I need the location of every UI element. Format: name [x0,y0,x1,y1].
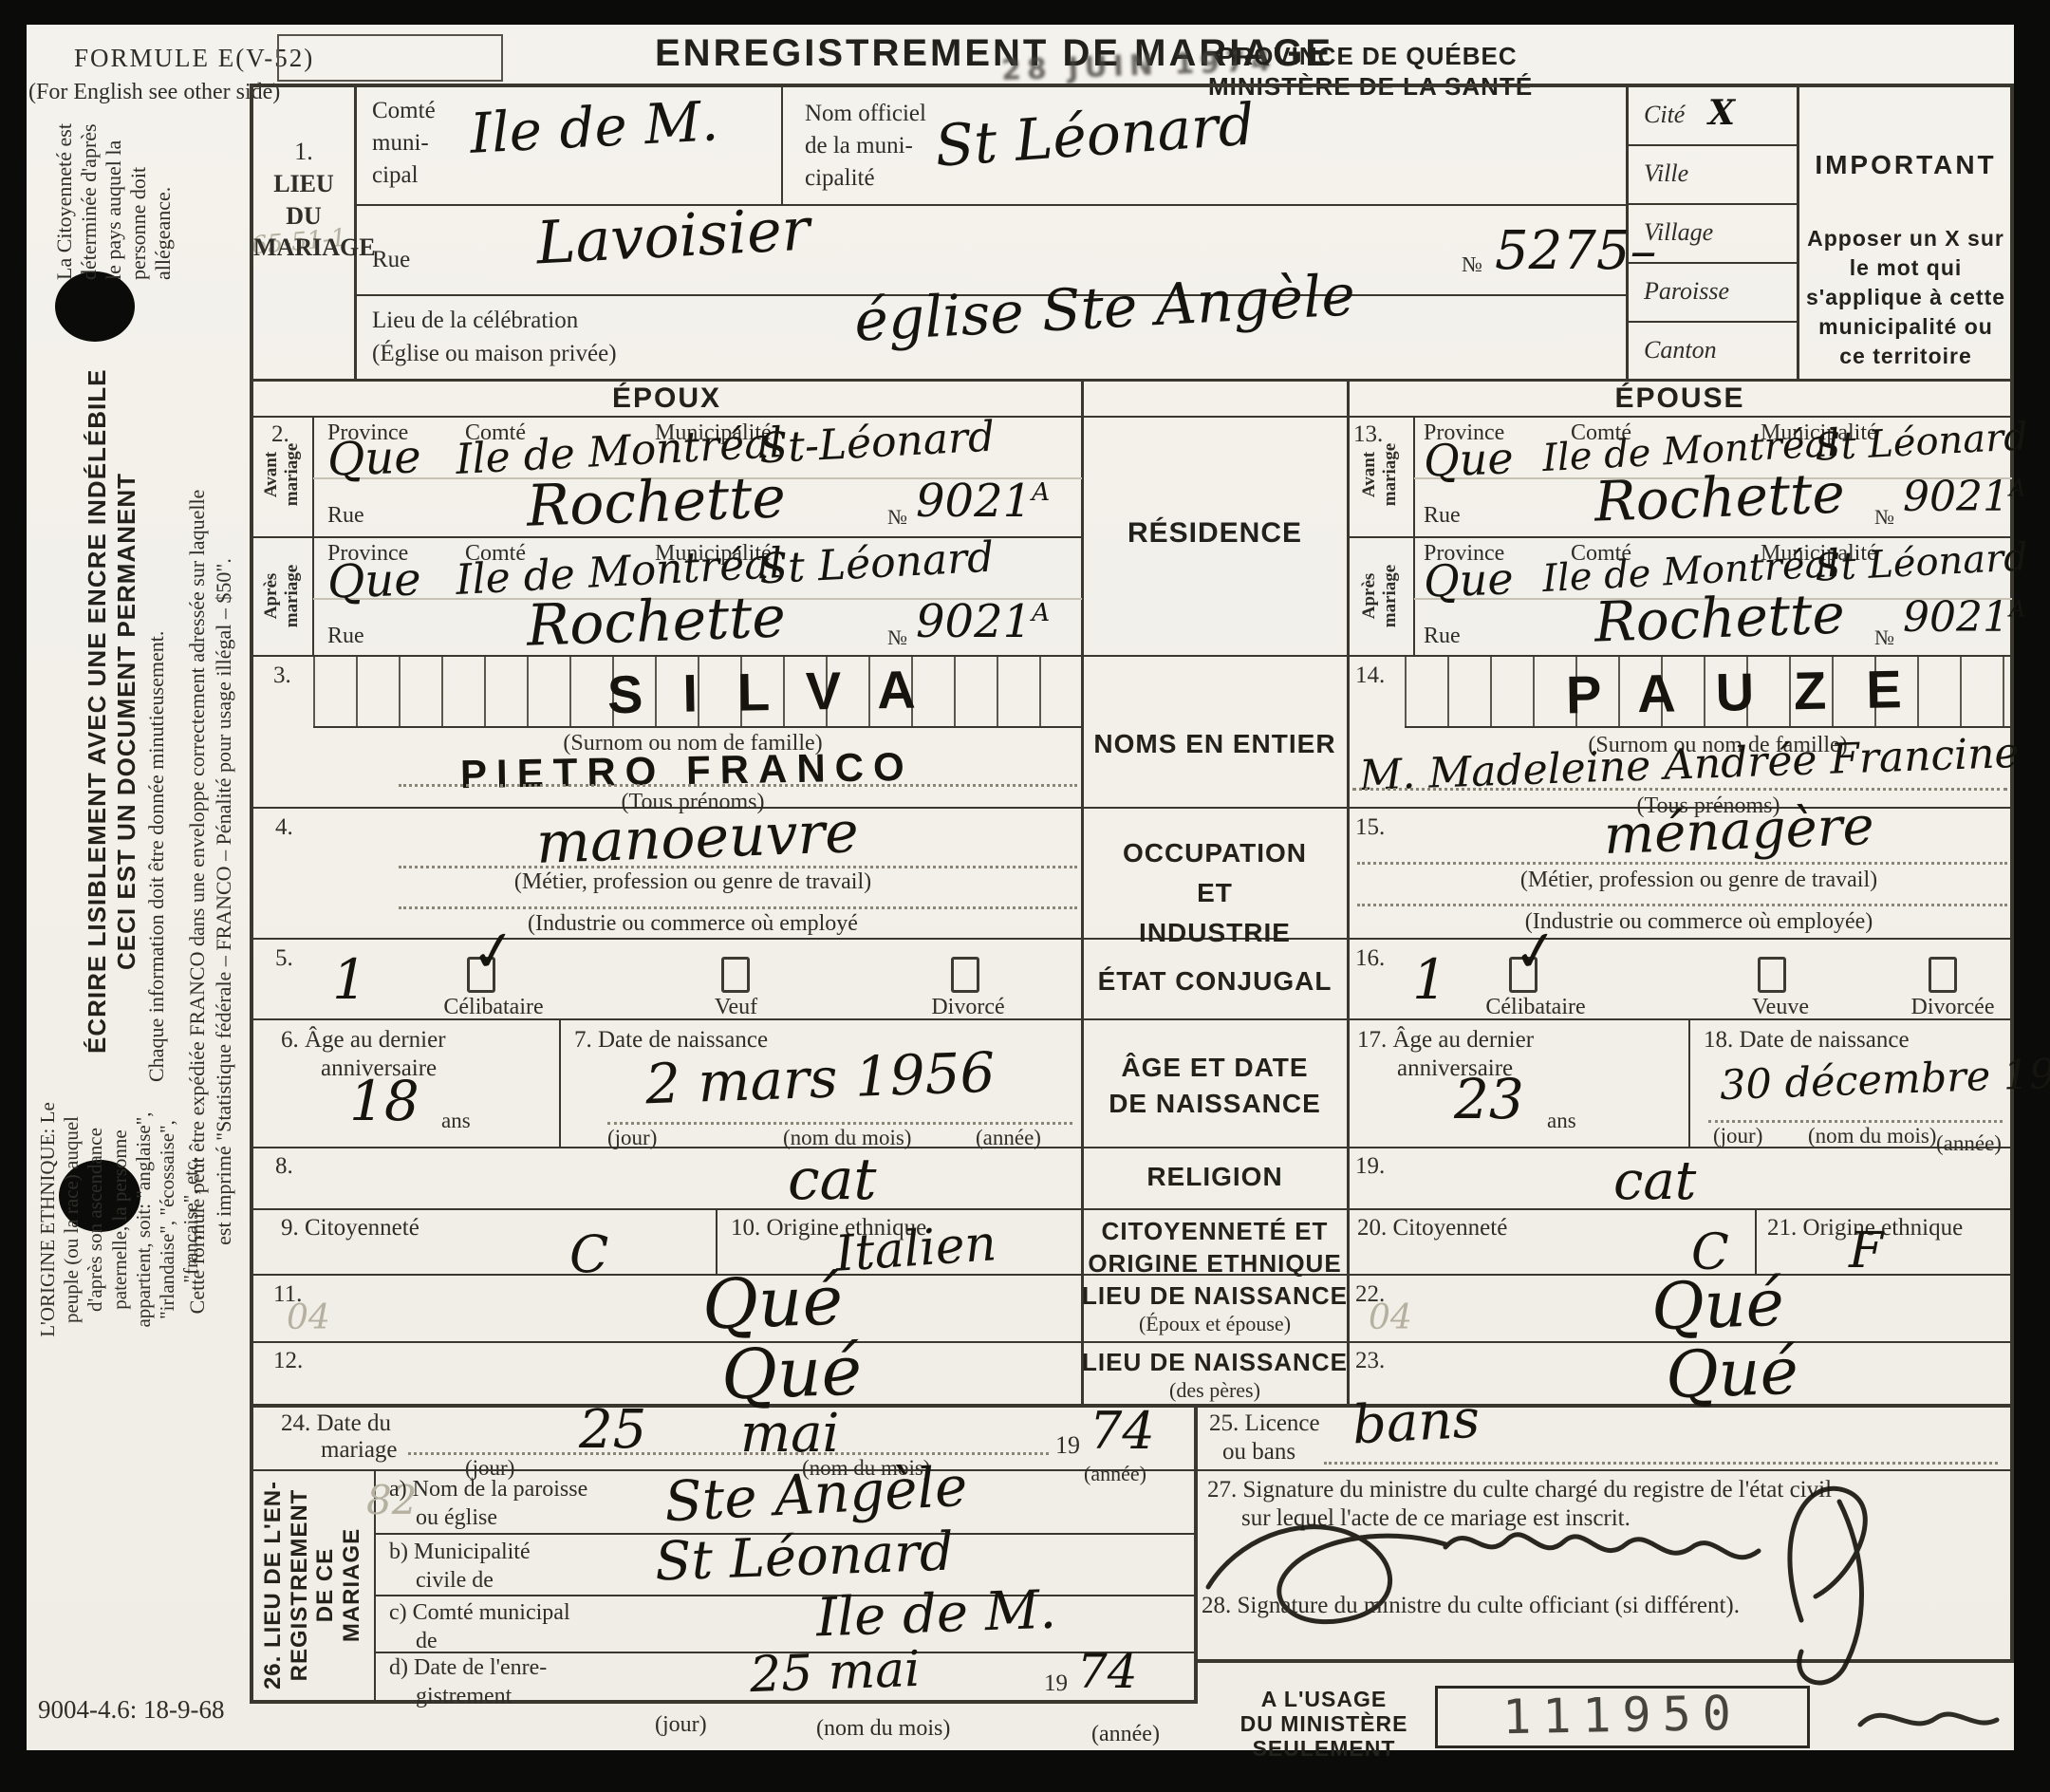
bride-avant-rue: Rochette [1593,460,1846,533]
label-line: mariage [282,432,303,517]
occupation-label: OCCUPATION ET INDUSTRIE [1084,833,1346,953]
groom-birthplace-pencil: 04 [287,1298,330,1337]
annee-label: (année) [976,1126,1041,1150]
comte-municipal-value: Ile de M. [468,88,719,166]
note-line: peuple (ou la race) auquel [60,1092,84,1348]
registration-c-label: c) Comté municipal de [389,1598,570,1655]
note-line: L'ORIGINE ETHNIQUE: Le [36,1092,60,1348]
marriage-date-label-1: 24. Date du [281,1410,391,1437]
note-line: Chaque information doit être donnée minu… [144,551,169,1082]
age-birth-label: ÂGE ET DATE DE NAISSANCE [1084,1050,1346,1122]
groom-avant-province: Que [326,430,422,486]
registration-d-year-prefix: 19 [1044,1671,1068,1697]
bride-avant-label: Avant mariage [1359,432,1403,517]
label-line: Lieu de la célébration [372,304,617,337]
label-line: cipalité [805,162,926,195]
bride-surname: PAUZE [1565,658,1942,726]
groom-citizenship-title: 9. Citoyenneté [281,1215,419,1241]
header-empty-box [277,34,503,82]
annee-label: (année) [1936,1131,2002,1156]
groom-apres-province: Que [326,552,422,608]
section1-line: DU [253,200,354,233]
rue-value: Lavoisier [534,195,811,278]
note-line: appartient, soit: "anglaise", [132,1092,156,1348]
label-line: Avant [261,432,282,517]
label-line: 26. LIEU DE L'EN- [260,1471,287,1699]
marriage-date-label-2: mariage [321,1437,398,1464]
type-option-canton: Canton [1644,336,1717,364]
birthplace-fathers-label: LIEU DE NAISSANCE [1072,1348,1357,1377]
bride-age: 23 [1454,1067,1524,1131]
groom-age-title: 6. Âge au dernier [281,1027,446,1054]
marriage-year: 74 [1090,1401,1155,1461]
rue-label: Rue [372,247,410,273]
label-line: REGISTREMENT [287,1471,313,1699]
groom-marital-written: 1 [332,947,367,1012]
section1-title: 1. LIEU DU MARIAGE [253,136,354,264]
bride-apres-rue: Rochette [1593,581,1846,654]
bride-celibataire-label: Célibataire [1469,995,1602,1020]
label-line: Après [1359,553,1380,639]
label-line: c) Comté municipal [389,1598,570,1627]
groom-fathers-birthplace-number: 12. [273,1348,303,1374]
section1-number: 1. [253,136,354,168]
bride-age-title: 17. Âge au dernier [1357,1027,1534,1054]
label-line: MARIAGE [339,1471,365,1699]
birthplace-couple-label: LIEU DE NAISSANCE [1072,1281,1357,1311]
label-line: ORIGINE ETHNIQUE [1072,1248,1357,1280]
label-line: civile de [389,1566,531,1595]
type-option-village: Village [1644,218,1713,247]
groom-apres-rue: Rochette [526,584,787,659]
groom-avant-no-label: № [887,505,907,530]
bride-divorcee-label: Divorcée [1893,995,2012,1020]
registration-annee-label: (année) [1091,1722,1160,1747]
bride-occupation-number: 15. [1355,814,1385,841]
section1-line: MARIAGE [253,232,354,264]
groom-apres-label: Après mariage [261,553,305,639]
groom-ethnic: Italien [833,1215,998,1283]
bride-birthplace-pencil: 04 [1369,1298,1412,1337]
bride-avant-province: Que [1423,432,1514,486]
margin-note-each-info: Chaque information doit être donnée minu… [144,551,169,1082]
note-line: paternelle, la personne [108,1092,132,1348]
margin-note-write-legibly: ÉCRIRE LISIBLEMENT AVEC UNE ENCRE INDÉLÉ… [83,389,141,1054]
bride-birthplace: Qué [1650,1266,1785,1346]
celebration-label: Lieu de la célébration (Église ou maison… [372,304,617,370]
bride-occupation: ménagère [1603,795,1875,867]
groom-surname: SILVA [606,658,956,725]
bride-avant-no-label: № [1874,505,1894,530]
signature-27 [1194,1473,2020,1696]
groom-apres-rue-label: Rue [327,624,364,649]
checkmark-icon: ✓ [467,916,522,986]
important-line: Apposer un X sur [1799,224,2012,253]
note-line: ÉCRIRE LISIBLEMENT AVEC UNE ENCRE INDÉLÉ… [83,389,112,1054]
scanned-marriage-registration: FORMULE E(V-52) (For English see other s… [0,0,2050,1792]
groom-avant-rue: Rochette [526,464,787,539]
no-digits: 9021 [1903,593,2009,642]
bride-divorcee-checkbox [1929,957,1957,993]
ministry-squiggle [1853,1691,2004,1744]
bride-ans-label: ans [1547,1109,1576,1133]
label-line: mariage [1380,432,1401,517]
groom-religion: cat [788,1147,877,1213]
no-sup: A [1032,477,1050,507]
important-line: s'applique à cette [1799,283,2012,312]
groom-dob: 2 mars 1956 [644,1040,997,1117]
groom-religion-number: 8. [275,1153,293,1180]
registration-b-label: b) Municipalité civile de [389,1538,531,1595]
label-line: ou église [389,1503,587,1532]
note-line: La Citoyenneté est [52,81,77,280]
label-line: DE NAISSANCE [1084,1086,1346,1122]
label-line: muni- [372,127,436,159]
label-line: de la muni- [805,130,926,162]
label-line: A L'USAGE [1229,1688,1419,1712]
label-line: DE CE [312,1471,339,1699]
bride-citizenship-title: 20. Citoyenneté [1357,1215,1507,1241]
ministry-label: A L'USAGE DU MINISTÈRE SEULEMENT [1229,1688,1419,1761]
registration-b-value: St Léonard [654,1521,955,1594]
important-line: le mot qui [1799,253,2012,283]
mois-label: (nom du mois) [1808,1124,1936,1148]
registration-jour-label: (jour) [655,1712,707,1738]
bride-apres-province: Que [1423,552,1514,607]
groom-metier-label: (Métier, profession ou genre de travail) [380,869,1006,895]
label-line: Après [261,553,282,639]
jour-label: (jour) [1713,1124,1762,1148]
groom-apres-no: 9021A [916,595,1050,648]
registration-c-value: Ile de M. [815,1579,1057,1650]
label-line: ÂGE ET DATE [1084,1050,1346,1086]
label-line: gistrement [389,1682,547,1710]
punch-hole-top [55,271,135,342]
note-line: d'après son ascendance [84,1092,107,1348]
label-line: SEULEMENT [1229,1737,1419,1762]
label-line: Avant [1359,432,1380,517]
marital-label: ÉTAT CONJUGAL [1084,966,1346,997]
checkmark-icon: ✓ [1509,916,1564,986]
licence-label-1: 25. Licence [1209,1410,1320,1437]
type-option-cite: Cité [1644,101,1685,129]
important-text: Apposer un X sur le mot qui s'applique à… [1799,224,2012,371]
registration-a-label: a) Nom de la paroisse ou église [389,1475,587,1532]
groom-age: 18 [349,1069,419,1133]
bride-ethnic: F [1849,1223,1883,1279]
no-digits: 9021 [916,595,1032,648]
groom-apres-no-label: № [887,625,907,650]
label-line: CITOYENNETÉ ET [1072,1216,1357,1248]
no-sup: A [1032,598,1050,627]
label-line: Comté [372,95,436,127]
margin-note-citizenship: La Citoyenneté est déterminée d'après le… [52,81,176,280]
note-line: déterminée d'après [77,81,102,280]
bride-avant-rue-label: Rue [1424,503,1461,529]
bride-apres-label: Après mariage [1359,553,1403,639]
label-line: mariage [1380,553,1401,639]
label-line: INDUSTRIE [1084,913,1346,953]
ministry-number: 111950 [1434,1683,1810,1752]
x-mark: X [1708,93,1735,133]
label-line: a) Nom de la paroisse [389,1475,587,1503]
bride-apres-no-label: № [1874,625,1894,650]
label-line: OCCUPATION [1084,833,1346,873]
label-line: mariage [282,553,303,639]
registration-label: 26. LIEU DE L'EN- REGISTREMENT DE CE MAR… [260,1471,366,1699]
label-line: ET [1084,873,1346,913]
label-line: b) Municipalité [389,1538,531,1566]
bride-name-number: 14. [1355,663,1385,689]
registration-d-label: d) Date de l'enre- gistrement [389,1653,547,1710]
bride-apres-rue-label: Rue [1424,624,1461,649]
groom-header: ÉPOUX [252,383,1082,415]
licence-label-2: ou bans [1222,1439,1295,1465]
bride-marital-number: 16. [1355,945,1385,972]
no-sup: A [2009,475,2025,501]
groom-name-number: 3. [273,663,291,689]
province-line-1: PROVINCE DE QUÉBEC [1218,42,1518,71]
licence-value: bans [1351,1389,1481,1457]
sig28-label: 28. Signature du ministre du culte offic… [1202,1593,1740,1619]
no-sup: A [2009,595,2025,622]
bride-fathers-birthplace: Qué [1665,1335,1799,1414]
groom-divorce-checkbox [951,957,979,993]
registration-d-year: 74 [1077,1644,1138,1699]
groom-citizenship: C [569,1224,608,1284]
label-line: (Église ou maison privée) [372,337,617,370]
note-line: est imprimé "Statistique fédérale – FRAN… [211,427,237,1376]
birthplace-couple-sublabel: (Époux et épouse) [1072,1312,1357,1336]
marriage-year-prefix: 19 [1055,1431,1080,1460]
religion-label: RELIGION [1084,1162,1346,1192]
no-label: № [1462,252,1482,277]
note-line: personne doit [126,81,151,280]
registration-mois-label: (nom du mois) [816,1716,950,1742]
important-line: ce territoire [1799,342,2012,371]
label-line: cipal [372,159,436,192]
bride-veuve-checkbox [1758,957,1786,993]
registration-d-date: 25 mai [749,1641,922,1704]
residence-label: RÉSIDENCE [1084,517,1346,550]
groom-veuf-label: Veuf [691,995,781,1020]
groom-occupation-number: 4. [275,814,293,841]
label-line: Nom officiel [805,98,926,130]
groom-avant-label: Avant mariage [261,432,305,517]
groom-celibataire-label: Célibataire [427,995,560,1020]
note-line: allégeance. [151,81,176,280]
jour-label: (jour) [607,1126,657,1150]
bride-avant-no: 9021A [1903,473,2025,521]
nom-officiel-label: Nom officiel de la muni- cipalité [805,98,926,194]
important-title: IMPORTANT [1799,150,2012,180]
groom-marital-number: 5. [275,945,293,972]
note-line: le pays auquel la [102,81,126,280]
bride-marital-written: 1 [1412,947,1447,1012]
no-digits: 9021 [916,475,1032,528]
birthplace-fathers-sublabel: (des pères) [1072,1378,1357,1403]
note-line: CECI EST UN DOCUMENT PERMANENT [112,389,141,1054]
label-line: d) Date de l'enre- [389,1653,547,1682]
bride-dob-title: 18. Date de naissance [1704,1027,1910,1054]
comte-municipal-label: Comté muni- cipal [372,95,436,191]
bride-fathers-birthplace-number: 23. [1355,1348,1385,1374]
groom-ans-label: ans [441,1109,471,1133]
no-digits: 9021 [1903,473,2009,521]
note-line: "irlandaise", "écossaise", [156,1092,179,1348]
type-option-ville: Ville [1644,159,1688,188]
names-label: NOMS EN ENTIER [1084,729,1346,759]
important-line: municipalité ou [1799,312,2012,342]
groom-avant-rue-label: Rue [327,503,364,529]
bride-religion-number: 19. [1355,1153,1385,1180]
groom-divorce-label: Divorcé [906,995,1030,1020]
bride-metier-label: (Métier, profession ou genre de travail) [1395,868,2003,893]
section1-line: LIEU [253,168,354,200]
form-number: 9004-4.6: 18-9-68 [38,1695,224,1725]
groom-veuf-checkbox [721,957,750,993]
bride-veuve-label: Veuve [1733,995,1828,1020]
label-line: DU MINISTÈRE [1229,1712,1419,1737]
type-option-paroisse: Paroisse [1644,277,1729,306]
label-line: de [389,1627,570,1655]
margin-note-ethnic-origin: L'ORIGINE ETHNIQUE: Le peuple (ou la rac… [36,1092,207,1348]
bride-religion: cat [1613,1150,1696,1212]
bride-header: ÉPOUSE [1348,383,2012,415]
citizenship-label: CITOYENNETÉ ET ORIGINE ETHNIQUE [1072,1216,1357,1280]
note-line: "française", etc. [179,1092,203,1348]
marriage-annee-label: (année) [1084,1462,1146,1486]
no-value: 5275– [1495,220,1657,282]
groom-avant-no: 9021A [916,475,1050,528]
bride-apres-no: 9021A [1903,593,2025,642]
bride-industrie-label: (Industrie ou commerce où employée) [1395,909,2003,935]
